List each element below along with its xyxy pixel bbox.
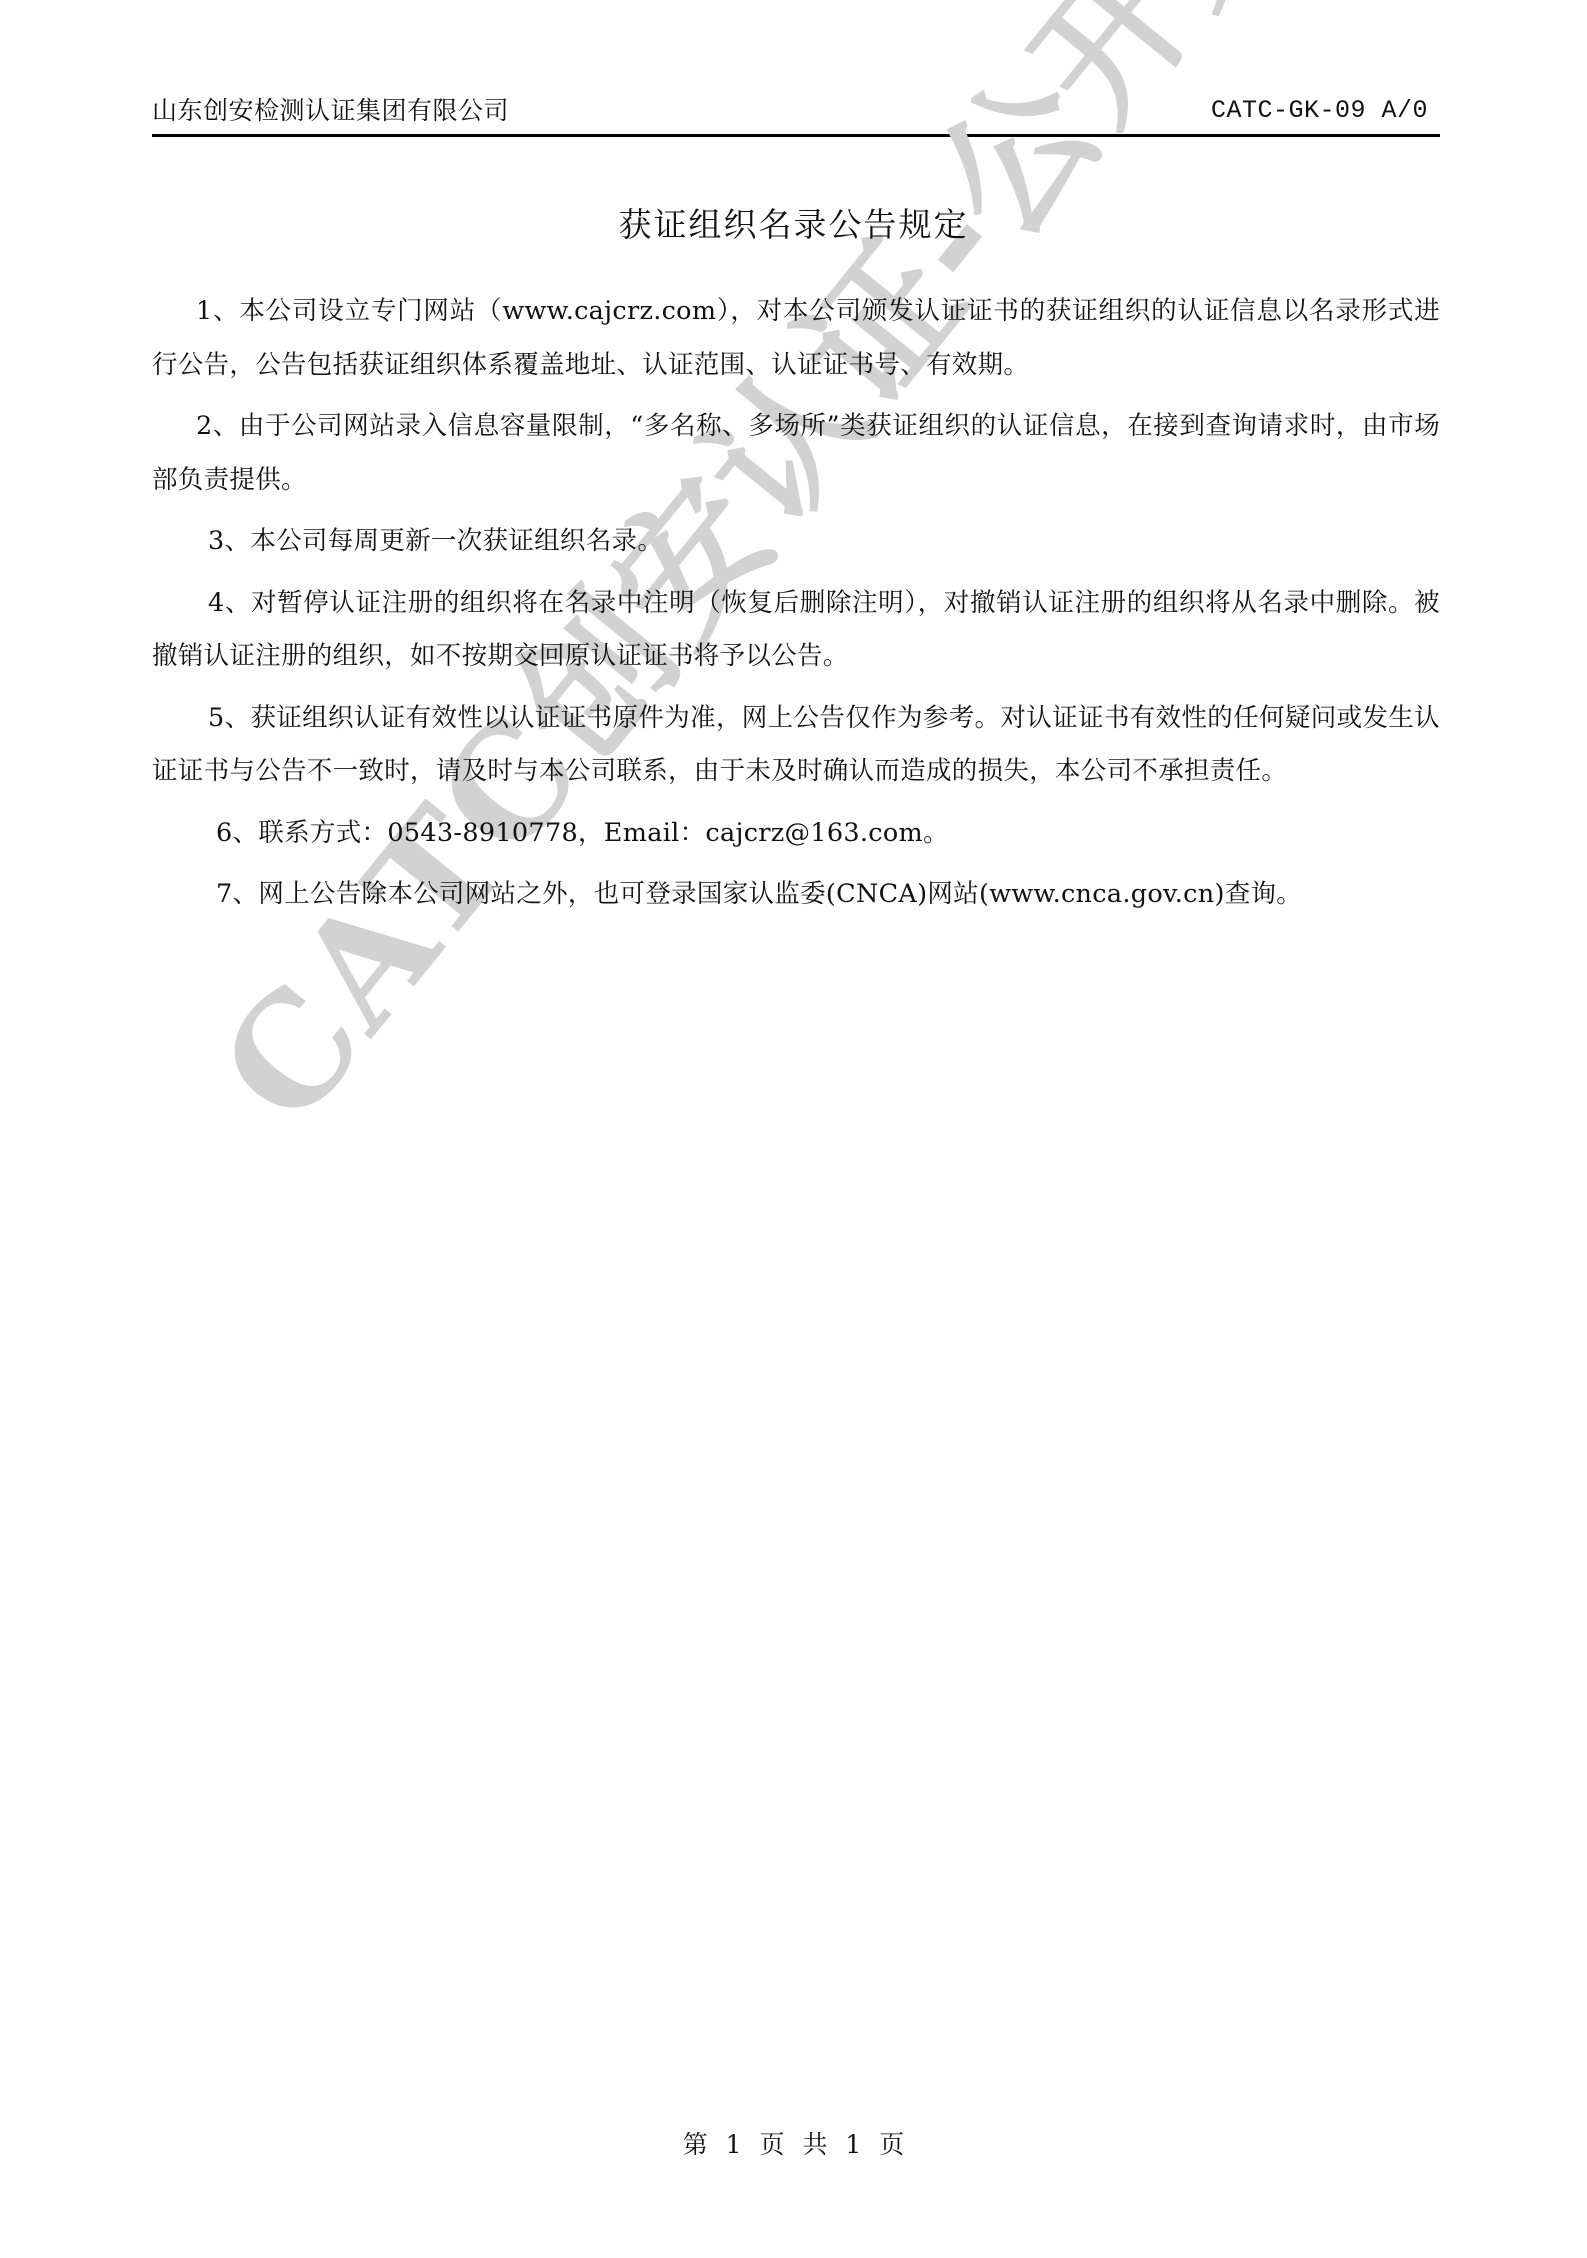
page-footer: 第 1 页 共 1 页 <box>0 2130 1587 2160</box>
clause-4: 4、对暂停认证注册的组织将在名录中注明（恢复后删除注明），对撤销认证注册的组织将… <box>152 577 1440 684</box>
clause-3: 3、本公司每周更新一次获证组织名录。 <box>152 515 1440 569</box>
clause-1: 1、本公司设立专门网站（www.cajcrz.com），对本公司颁发认证证书的获… <box>152 285 1440 392</box>
document-page: 山东创安检测认证集团有限公司 CATC-GK-09 A/0 CATC创安认证-公… <box>0 0 1587 2258</box>
clause-6-contact: 6、联系方式：0543-8910778，Email：cajcrz@163.com… <box>152 807 1440 861</box>
page-header: 山东创安检测认证集团有限公司 CATC-GK-09 A/0 <box>152 96 1440 136</box>
clause-7: 7、网上公告除本公司网站之外，也可登录国家认监委(CNCA)网站(www.cnc… <box>152 868 1440 922</box>
document-title: 获证组织名录公告规定 <box>0 205 1587 245</box>
clause-5: 5、获证组织认证有效性以认证证书原件为准，网上公告仅作为参考。对认证证书有效性的… <box>152 692 1440 799</box>
company-name: 山东创安检测认证集团有限公司 <box>152 96 509 126</box>
document-body: 1、本公司设立专门网站（www.cajcrz.com），对本公司颁发认证证书的获… <box>152 285 1440 926</box>
clause-2: 2、由于公司网站录入信息容量限制，“多名称、多场所”类获证组织的认证信息，在接到… <box>152 400 1440 507</box>
document-code: CATC-GK-09 A/0 <box>1211 96 1428 126</box>
